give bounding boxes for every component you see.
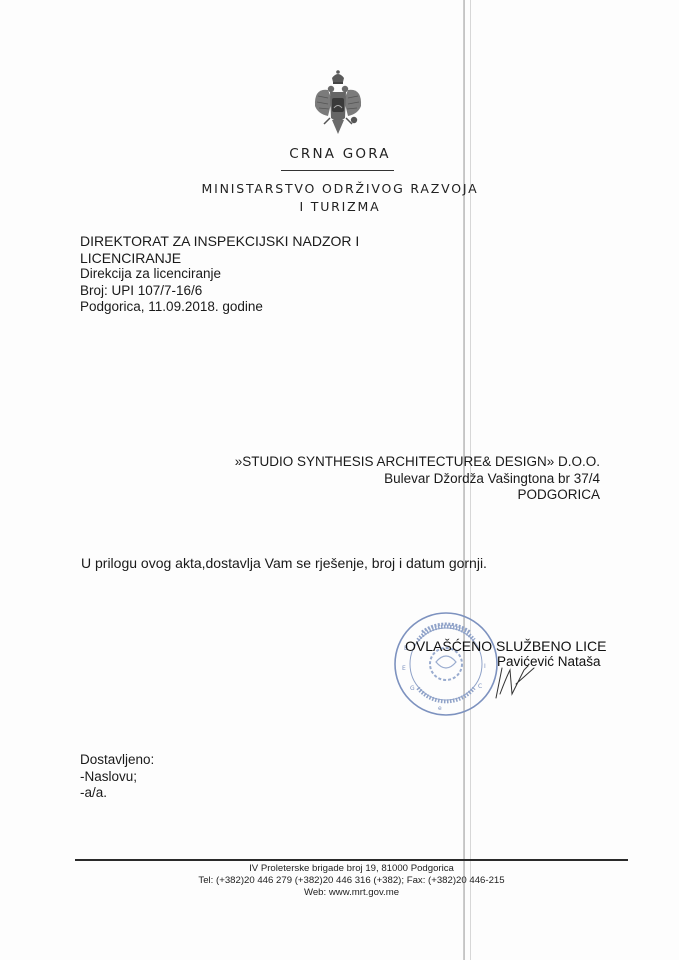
- recipient-street: Bulevar Džordža Vašingtona br 37/4: [235, 471, 600, 488]
- recipient-company: »STUDIO SYNTHESIS ARCHITECTURE& DESIGN» …: [235, 454, 600, 471]
- svg-text:C: C: [478, 683, 482, 690]
- delivery-item: -a/a.: [80, 785, 154, 802]
- reference-number: Broj: UPI 107/7-16/6: [80, 283, 359, 300]
- document-page: CRNA GORA MINISTARSTVO ODRŽIVOG RAZVOJA …: [0, 0, 679, 960]
- header-divider: [281, 170, 394, 171]
- official-stamp-icon: B E G e C I: [392, 610, 500, 718]
- footer: IV Proleterske brigade broj 19, 81000 Po…: [75, 863, 628, 899]
- place-and-date: Podgorica, 11.09.2018. godine: [80, 299, 359, 316]
- footer-phones: Tel: (+382)20 446 279 (+382)20 446 316 (…: [75, 875, 628, 887]
- delivery-list: Dostavljeno: -Naslovu; -a/a.: [80, 752, 154, 802]
- recipient-block: »STUDIO SYNTHESIS ARCHITECTURE& DESIGN» …: [235, 454, 600, 504]
- svg-text:I: I: [484, 663, 486, 670]
- delivery-heading: Dostavljeno:: [80, 752, 154, 769]
- ministry-line-1: MINISTARSTVO ODRŽIVOG RAZVOJA: [190, 180, 490, 198]
- country-name: CRNA GORA: [250, 146, 430, 162]
- directorate-line-1: DIREKTORAT ZA INSPEKCIJSKI NADZOR I: [80, 233, 359, 250]
- department: Direkcija za licenciranje: [80, 266, 359, 283]
- coat-of-arms-icon: [312, 68, 364, 138]
- directorate-line-2: LICENCIRANJE: [80, 250, 359, 267]
- sender-block: DIREKTORAT ZA INSPEKCIJSKI NADZOR I LICE…: [80, 233, 359, 316]
- ministry-name: MINISTARSTVO ODRŽIVOG RAZVOJA I TURIZMA: [190, 180, 490, 216]
- svg-text:G: G: [410, 685, 415, 692]
- footer-web: Web: www.mrt.gov.me: [75, 887, 628, 899]
- delivery-item: -Naslovu;: [80, 769, 154, 786]
- footer-divider: [75, 859, 628, 861]
- recipient-city: PODGORICA: [235, 487, 600, 504]
- signatory-title: OVLAŠĆENO SLUŽBENO LICE: [405, 638, 607, 654]
- svg-text:e: e: [438, 705, 442, 712]
- handwritten-signature-icon: [490, 664, 540, 700]
- body-text: U prilogu ovog akta,dostavlja Vam se rje…: [81, 555, 487, 571]
- footer-address: IV Proleterske brigade broj 19, 81000 Po…: [75, 863, 628, 875]
- ministry-line-2: I TURIZMA: [190, 198, 490, 216]
- svg-text:E: E: [402, 665, 406, 672]
